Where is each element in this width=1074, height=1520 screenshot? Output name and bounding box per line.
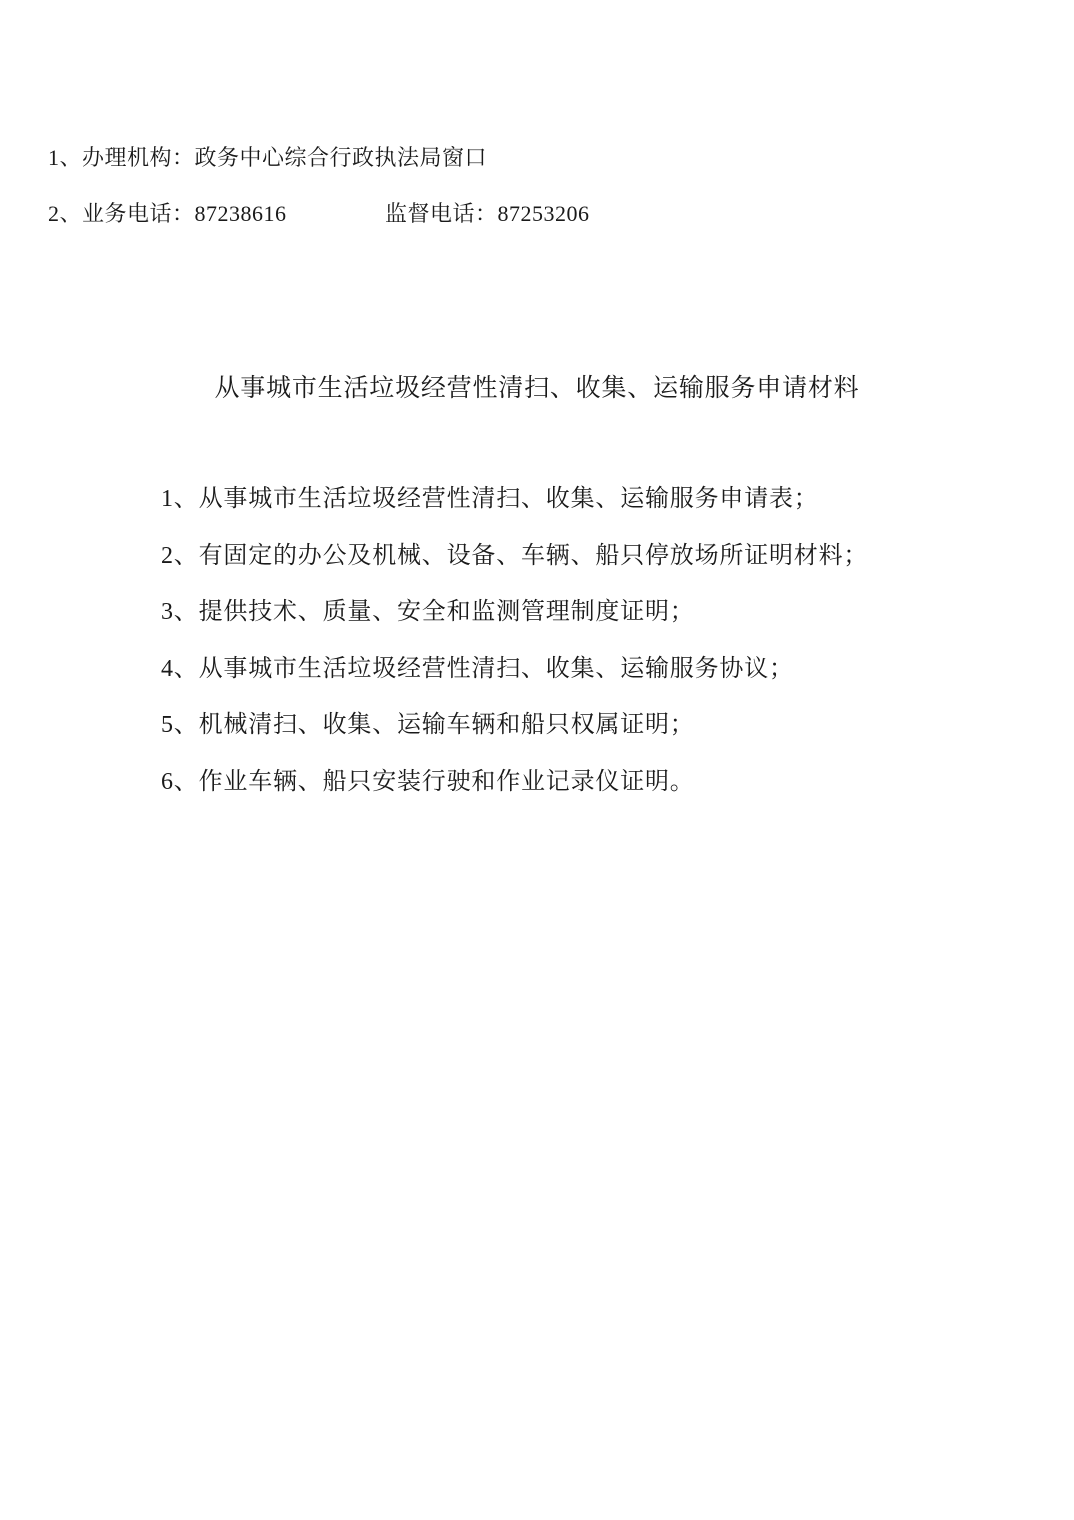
list-item: 5、机械清扫、收集、运输车辆和船只权属证明； xyxy=(161,697,1021,754)
page-title: 从事城市生活垃圾经营性清扫、收集、运输服务申请材料 xyxy=(0,368,1074,404)
agency-line: 1、办理机构：政务中心综合行政执法局窗口 xyxy=(48,145,487,171)
list-item: 2、有固定的办公及机械、设备、车辆、船只停放场所证明材料； xyxy=(161,528,1021,585)
list-item: 1、从事城市生活垃圾经营性清扫、收集、运输服务申请表； xyxy=(161,471,1021,528)
list-item: 4、从事城市生活垃圾经营性清扫、收集、运输服务协议； xyxy=(161,641,1021,698)
list-item: 6、作业车辆、船只安装行驶和作业记录仪证明。 xyxy=(161,754,1021,811)
document-page: 1、办理机构：政务中心综合行政执法局窗口 2、业务电话：87238616 监督电… xyxy=(0,0,1074,1520)
business-phone-text: 2、业务电话：87238616 xyxy=(48,201,287,226)
materials-list: 1、从事城市生活垃圾经营性清扫、收集、运输服务申请表； 2、有固定的办公及机械、… xyxy=(161,471,1021,810)
supervise-phone-text: 监督电话：87253206 xyxy=(385,201,590,227)
list-item: 3、提供技术、质量、安全和监测管理制度证明； xyxy=(161,584,1021,641)
phone-line: 2、业务电话：87238616 监督电话：87253206 xyxy=(48,201,1028,227)
